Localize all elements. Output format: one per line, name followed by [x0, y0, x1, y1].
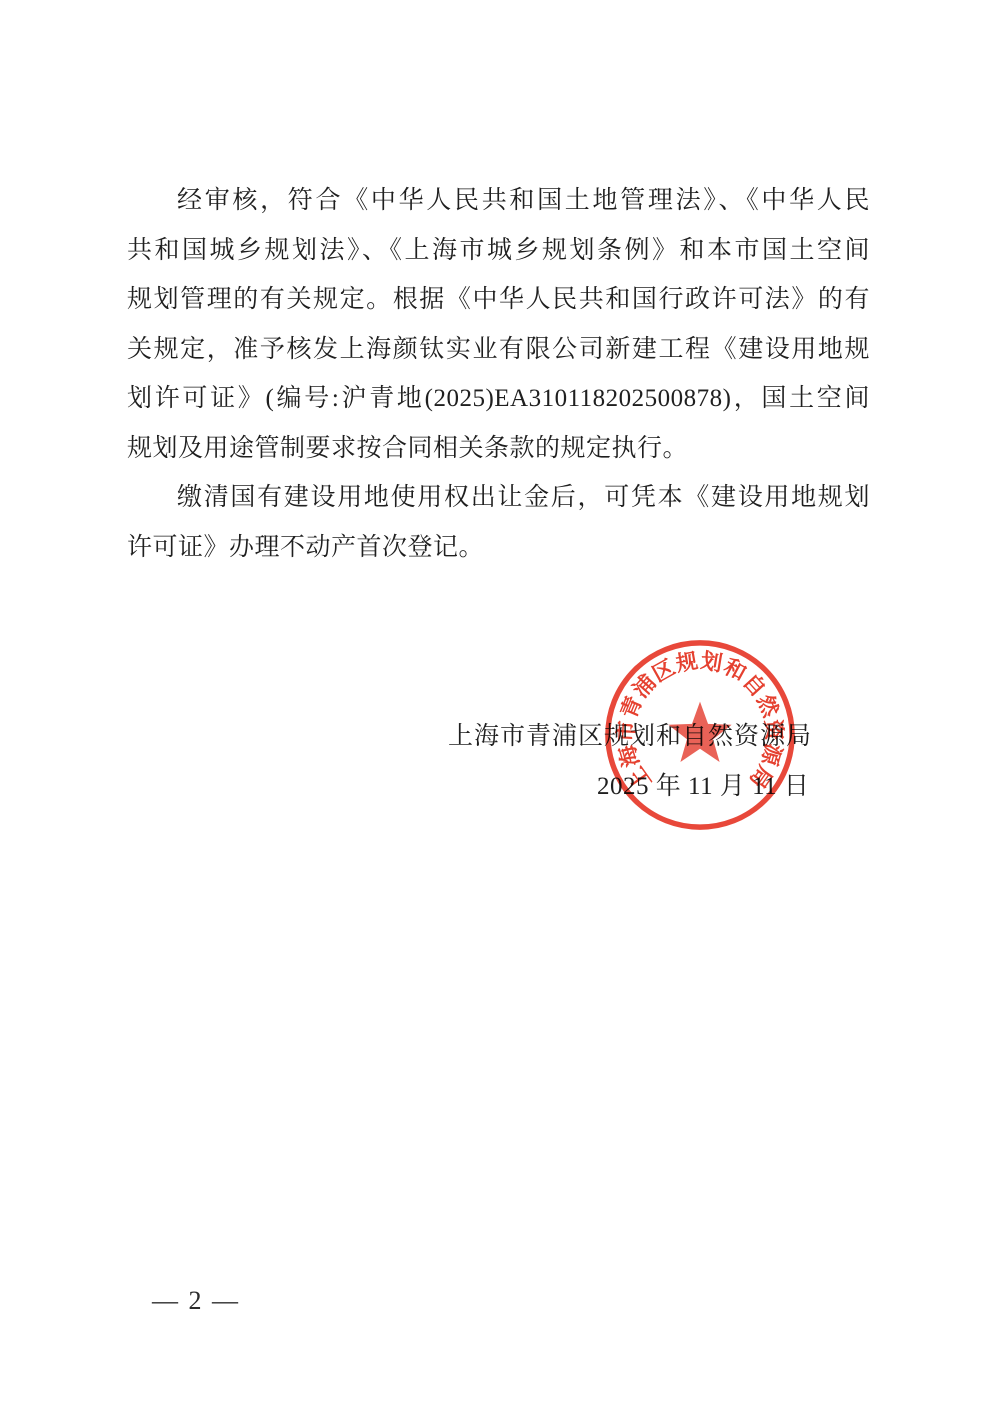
body-line: 缴清国有建设用地使用权出让金后，可凭本《建设用地规划 — [127, 473, 870, 523]
body-line: 划许可证》(编号:沪青地(2025)EA310118202500878)，国土空… — [127, 374, 870, 424]
issuer-agency-signature: 上海市青浦区规划和自然资源局 — [448, 722, 812, 752]
body-line: 共和国城乡规划法》、《上海市城乡规划条例》和本市国土空间 — [127, 226, 870, 276]
body-line: 经审核，符合《中华人民共和国土地管理法》、《中华人民 — [127, 176, 870, 226]
document-page: 经审核，符合《中华人民共和国土地管理法》、《中华人民 共和国城乡规划法》、《上海… — [0, 0, 992, 1403]
document-body: 经审核，符合《中华人民共和国土地管理法》、《中华人民 共和国城乡规划法》、《上海… — [127, 176, 870, 572]
page-number: — 2 — — [152, 1286, 240, 1316]
issue-date: 2025 年 11 月 11 日 — [597, 772, 809, 802]
body-line: 规划管理的有关规定。根据《中华人民共和国行政许可法》的有 — [127, 275, 870, 325]
body-line: 规划及用途管制要求按合同相关条款的规定执行。 — [127, 424, 870, 474]
body-line: 许可证》办理不动产首次登记。 — [127, 523, 870, 573]
body-line: 关规定，准予核发上海颜钛实业有限公司新建工程《建设用地规 — [127, 325, 870, 375]
